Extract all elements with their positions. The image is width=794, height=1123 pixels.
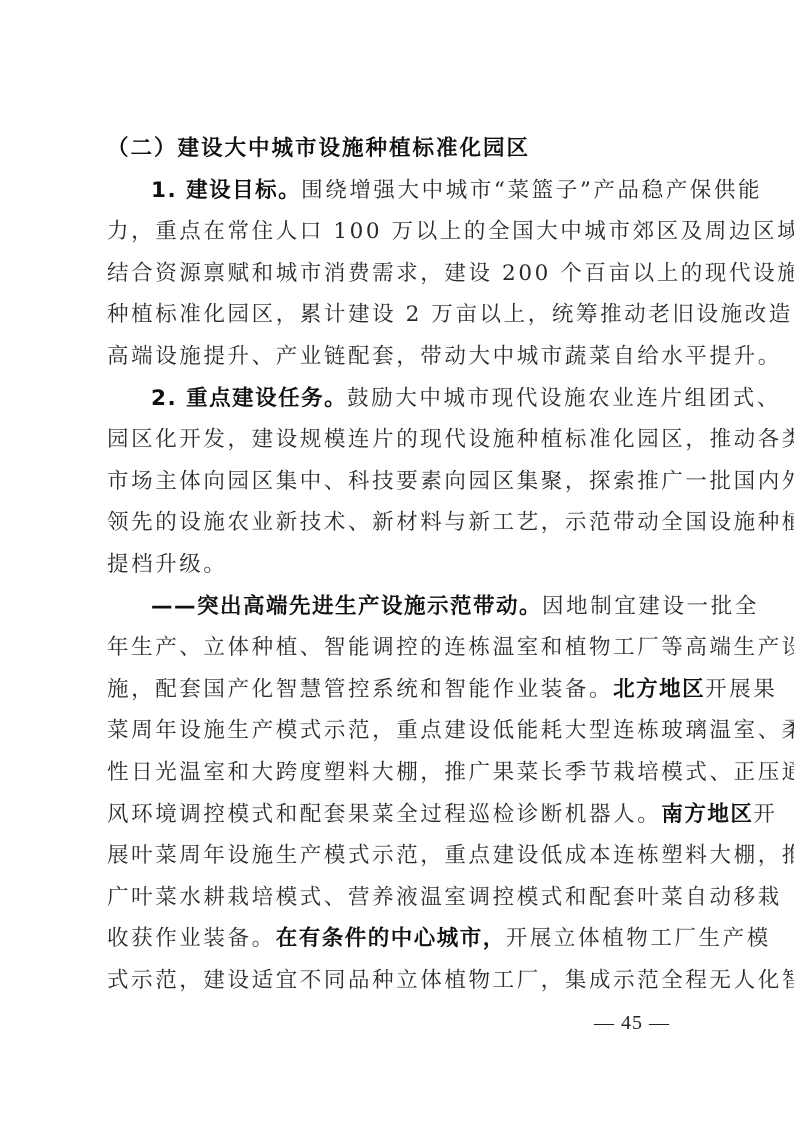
text-line: 领先的设施农业新技术、新材料与新工艺，示范带动全国设施种植: [107, 502, 693, 544]
paragraph-construction-goal: 1. 建设目标。围绕增强大中城市“菜篮子”产品稳产保供能 力，重点在常住人口 1…: [107, 170, 693, 378]
text-line: 提档升级。: [107, 544, 693, 586]
emphasis-central-cities: 在有条件的中心城市，: [276, 926, 506, 951]
text-line: 性日光温室和大跨度塑料大棚，推广果菜长季节栽培模式、正压通: [107, 752, 693, 794]
paragraph-key-tasks: 2. 重点建设任务。鼓励大中城市现代设施农业连片组团式、 园区化开发，建设规模连…: [107, 378, 693, 586]
text-line: 市场主体向园区集中、科技要素向园区集聚，探索推广一批国内外: [107, 461, 693, 503]
paragraph-lead: 2. 重点建设任务。: [151, 386, 347, 411]
text-line: 开: [753, 802, 777, 827]
text-line: 开展果: [705, 677, 777, 702]
emphasis-north-region: 北方地区: [613, 677, 705, 702]
text-line: 施，配套国产化智慧管控系统和智能作业装备。: [107, 677, 613, 702]
text-line: 开展立体植物工厂生产模: [506, 926, 771, 951]
text-line: 高端设施提升、产业链配套，带动大中城市蔬菜自给水平提升。: [107, 336, 693, 378]
text-line: 力，重点在常住人口 100 万以上的全国大中城市郊区及周边区域，: [107, 211, 693, 253]
text-line: 围绕增强大中城市“菜篮子”产品稳产保供能: [301, 178, 762, 203]
text-line: 年生产、立体种植、智能调控的连栋温室和植物工厂等高端生产设: [107, 627, 693, 669]
paragraph-lead: 1. 建设目标。: [151, 178, 301, 203]
emphasis-south-region: 南方地区: [661, 802, 753, 827]
text-line: 鼓励大中城市现代设施农业连片组团式、: [347, 386, 781, 411]
text-line: 展叶菜周年设施生产模式示范，重点建设低成本连栋塑料大棚，推: [107, 835, 693, 877]
text-line: 广叶菜水耕栽培模式、营养液温室调控模式和配套叶菜自动移栽: [107, 877, 693, 919]
paragraph-lead: ——突出高端先进生产设施示范带动。: [151, 594, 542, 619]
text-line: 收获作业装备。: [107, 926, 276, 951]
section-heading: （二）建设大中城市设施种植标准化园区: [107, 128, 693, 170]
page-number: — 45 —: [594, 1012, 670, 1035]
text-line: 园区化开发，建设规模连片的现代设施种植标准化园区，推动各类: [107, 419, 693, 461]
text-line: 式示范，建设适宜不同品种立体植物工厂，集成示范全程无人化智: [107, 960, 693, 1002]
document-page: （二）建设大中城市设施种植标准化园区 1. 建设目标。围绕增强大中城市“菜篮子”…: [107, 128, 693, 1001]
text-line: 风环境调控模式和配套果菜全过程巡检诊断机器人。: [107, 802, 661, 827]
paragraph-high-end-facilities: ——突出高端先进生产设施示范带动。因地制宜建设一批全 年生产、立体种植、智能调控…: [107, 586, 693, 1002]
text-line: 结合资源禀赋和城市消费需求，建设 200 个百亩以上的现代设施: [107, 253, 693, 295]
text-line: 种植标准化园区，累计建设 2 万亩以上，统筹推动老旧设施改造、: [107, 294, 693, 336]
text-line: 菜周年设施生产模式示范，重点建设低能耗大型连栋玻璃温室、柔: [107, 710, 693, 752]
text-line: 因地制宜建设一批全: [542, 594, 759, 619]
